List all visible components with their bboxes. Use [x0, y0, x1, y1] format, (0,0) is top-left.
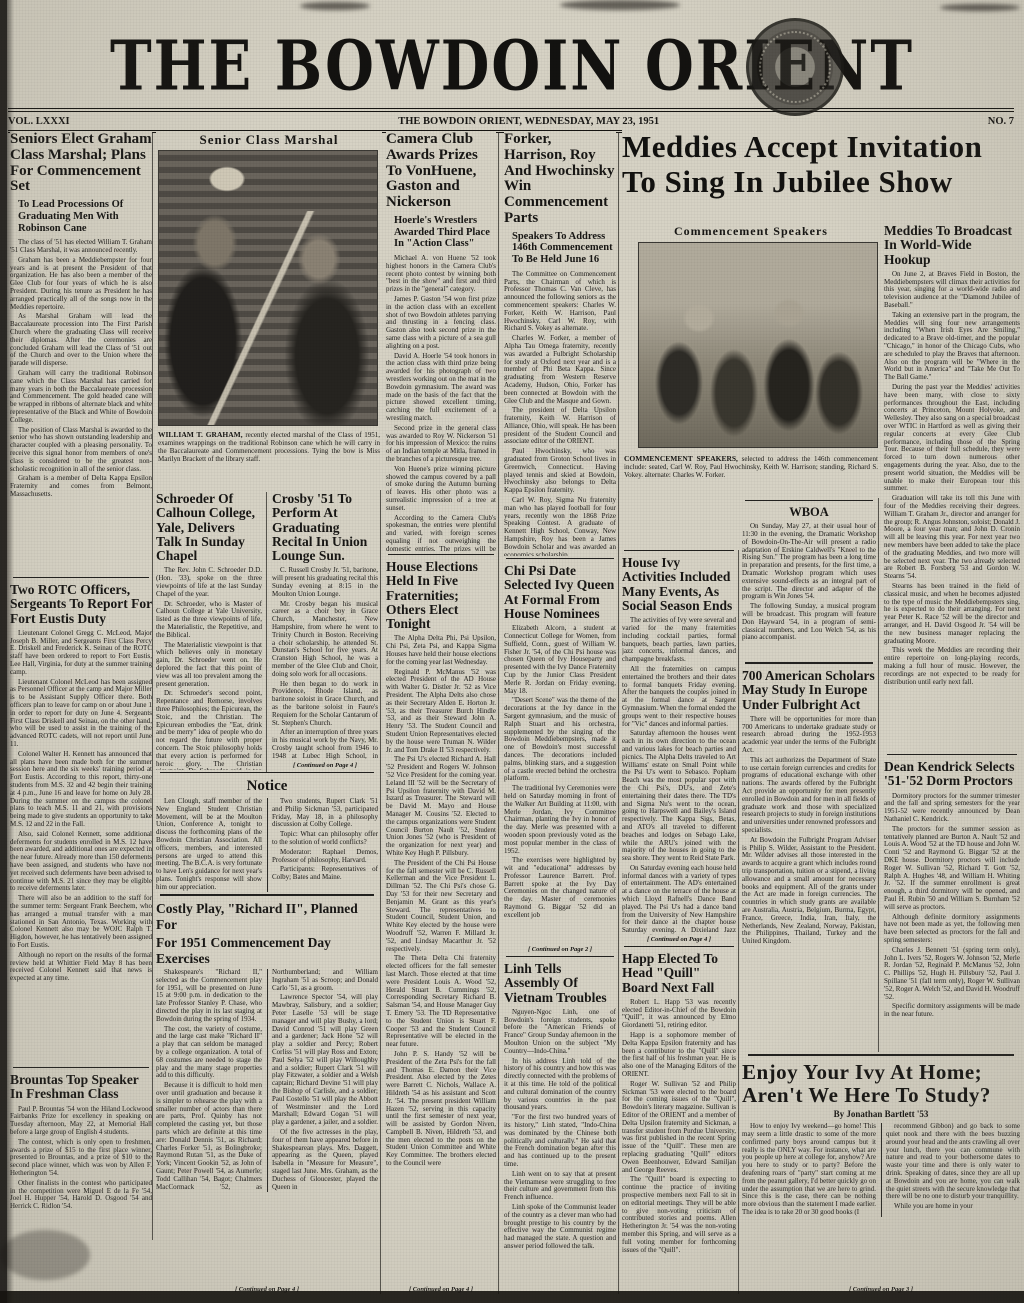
issue-dateline: THE BOWDOIN ORIENT, WEDNESDAY, MAY 23, 1… — [70, 116, 988, 127]
photo-kicker: Commencement Speakers — [622, 224, 880, 239]
paragraph: The Committee on Commencement Parts, the… — [504, 271, 616, 333]
article-seniors-elect-graham: Seniors Elect Graham Class Marshal; Plan… — [10, 132, 152, 577]
paragraph: He then began to do work in Providence, … — [272, 681, 378, 728]
continued-note: [ Continued on Page 4 ] — [272, 761, 378, 770]
section-rule — [388, 554, 494, 555]
section-rule — [13, 577, 149, 578]
section-rule — [887, 754, 1018, 755]
paragraph: Moderator: Raphael Demos, Professor of p… — [272, 849, 378, 865]
article-headline-line2: For 1951 Commencement Day Exercises — [156, 935, 378, 966]
paragraph: The Alpha Delta Phi, Psi Upsilon, Chi Ps… — [386, 635, 496, 666]
paragraph: The following Sunday, a musical program … — [742, 603, 876, 642]
article-byline: By Jonathan Bartlett '53 — [742, 1109, 1020, 1119]
paragraph: The exercises were highlighted by wit an… — [504, 857, 616, 919]
article-richard-ii-play: Costly Play, "Richard II", Planned For F… — [156, 894, 378, 1294]
column-rule — [498, 132, 499, 1294]
article-body: Shakespeare's "Richard II," selected as … — [156, 969, 378, 1192]
paragraph: "For the first two hundred years of its … — [504, 1114, 616, 1169]
article-rotc-officers: Two ROTC Officers, Sergeants To Report F… — [10, 577, 152, 1067]
article-headline: House Ivy Activities Included Many Event… — [622, 556, 736, 613]
article-body: The activities of Ivy were several and v… — [622, 617, 736, 944]
paragraph: recommend Gibbon) and go back to some qu… — [886, 1123, 1020, 1201]
article-body: Dormitory proctors for the summer trimes… — [884, 793, 1020, 1019]
article-fulbright-scholars: 700 American Scholars May Study In Europ… — [742, 662, 876, 1052]
paragraph: C. Russell Crosby Jr. '51, baritone, wil… — [272, 567, 378, 598]
banner-headline-line1: Meddies Accept Invitation — [622, 130, 1020, 165]
scan-edge-bottom — [0, 1291, 1024, 1303]
paragraph: Lawrence Spector '54, will play Mawbray,… — [272, 994, 378, 1127]
paragraph: The Psi U's elected Richard A. Hall '52 … — [386, 756, 496, 857]
paragraph: Other finalists in the contest who parti… — [10, 1180, 152, 1211]
paragraph: Dr. Schroeder's second point, Repentance… — [156, 690, 262, 770]
paragraph: Nguyen-Ngoc Linh, one of Bowdoin's forei… — [504, 1009, 616, 1056]
paragraph: Charles J. Bennett '51 (spring term only… — [884, 947, 1020, 1002]
paragraph: Participants: Representatives of Colby; … — [272, 866, 378, 882]
caption-lead: WILLIAM T. GRAHAM, — [158, 430, 243, 439]
paragraph: Carl W. Roy, Sigma Nu fraternity man who… — [504, 497, 616, 556]
paragraph: Michael A. von Huene '52 took highest ho… — [386, 255, 496, 294]
paragraph: Robert L. Happ '53 was recently elected … — [622, 999, 736, 1030]
article-body: The class of '51 has elected William T. … — [10, 239, 152, 499]
article-enjoy-your-ivy: Enjoy Your Ivy At Home; Aren't We Here T… — [742, 1054, 1020, 1294]
section-rule — [624, 550, 733, 551]
paragraph: Shakespeare's "Richard II," selected as … — [156, 969, 262, 1024]
section-rule — [745, 662, 874, 664]
paragraph: James P. Gaston '54 won first prize in t… — [386, 296, 496, 351]
article-ivy-queen: Chi Psi Date Selected Ivy Queen At Forma… — [504, 558, 616, 954]
paragraph: Topic: What can philosophy offer to the … — [272, 831, 378, 847]
paragraph: Graham has been a Meddiebempster for fou… — [10, 257, 152, 312]
article-headline: Schroeder Of Calhoun College, Yale, Deli… — [156, 492, 262, 563]
paragraph: Graduation will take its toll this June … — [884, 495, 1020, 581]
paragraph: Mr. Crosby began his musical career as a… — [272, 601, 378, 679]
paragraph: As Marshal Graham will lead the Baccalau… — [10, 313, 152, 368]
article-house-ivy-activities: House Ivy Activities Included Many Event… — [622, 550, 736, 944]
article-commencement-parts: Forker, Harrison, Roy And Hwochinsky Win… — [504, 132, 616, 556]
paragraph: Reginald P. McManus '52 was elected Pres… — [386, 669, 496, 755]
paragraph: While you are home in your — [886, 1203, 1020, 1211]
paragraph: Although definite dormitory assignments … — [884, 914, 1020, 945]
column-rule — [738, 550, 739, 1294]
paragraph: In his address Linh told of the history … — [504, 1058, 616, 1113]
paper-title: THE BOWDOIN ORIENT — [0, 26, 1024, 107]
article-headline: WBOA — [742, 506, 876, 519]
paragraph: "Desert Scene" was the theme of the deco… — [504, 697, 616, 783]
paragraph: On Saturday evening each house held info… — [622, 865, 736, 944]
paragraph: Happ is a sophomore member of Delta Kapp… — [622, 1032, 736, 1079]
paragraph: The contest, which is only open to fresh… — [10, 1139, 152, 1178]
commencement-speakers-photo — [638, 242, 878, 448]
paragraph: This week the Meddies are recording thei… — [884, 647, 1020, 686]
section-rule — [506, 956, 614, 957]
senior-marshal-photo-block: Senior Class Marshal WILLIAM T. GRAHAM, … — [156, 132, 382, 490]
paragraph: During the past year the Meddies' activi… — [884, 384, 1020, 493]
article-meddies-jubilee: Meddies Accept Invitation To Sing In Jub… — [622, 130, 1020, 222]
paragraph: On Sunday, May 27, at their usual hour o… — [742, 523, 876, 601]
paragraph: Lieutenant Colonel McLeod has been assig… — [10, 679, 152, 749]
paragraph: The class of '51 has elected William T. … — [10, 239, 152, 255]
article-schroeder-chapel: Schroeder Of Calhoun College, Yale, Deli… — [156, 492, 262, 770]
paragraph: David A. Hoerle '54 took honors in the a… — [386, 353, 496, 423]
article-headline: Chi Psi Date Selected Ivy Queen At Forma… — [504, 564, 616, 621]
article-meddies-broadcast: Meddies To Broadcast In World-Wide Hooku… — [884, 224, 1020, 752]
paragraph: The cost, the variety of costume, and th… — [156, 1026, 262, 1081]
article-headline: Linh Tells Assembly Of Vietnam Troubles — [504, 962, 616, 1005]
paragraph: There will be opportunities for more tha… — [742, 716, 876, 755]
article-body: Nguyen-Ngoc Linh, one of Bowdoin's forei… — [504, 1009, 616, 1251]
article-body: There will be opportunities for more tha… — [742, 716, 876, 946]
section-rule — [160, 894, 373, 896]
scan-edge-left-fade — [7, 0, 14, 1303]
photo-kicker: Senior Class Marshal — [156, 132, 382, 148]
masthead: THE BOWDOIN ORIENT — [0, 0, 1024, 108]
article-house-elections: House Elections Held In Five Fraternitie… — [386, 554, 496, 1294]
paragraph: According to the Camera Club's spokesman… — [386, 515, 496, 553]
article-headline-line1: Enjoy Your Ivy At Home; — [742, 1061, 1020, 1084]
section-rule — [745, 500, 874, 501]
article-body: On June 2, at Braves Field in Boston, th… — [884, 271, 1020, 686]
paragraph: Linh went on to say that at present the … — [504, 1171, 616, 1202]
section-rule — [506, 558, 614, 559]
column-rule — [618, 132, 619, 1294]
paragraph: Two students, Rupert Clark '51 and Phili… — [272, 798, 378, 829]
article-headline: Meddies To Broadcast In World-Wide Hooku… — [884, 224, 1020, 267]
paragraph: Also, said Colonel Kennett, some additio… — [10, 831, 152, 893]
article-headline: Camera Club Awards Prizes To VonHuene, G… — [386, 132, 496, 211]
paragraph: There will also be an addition to the st… — [10, 895, 152, 950]
paragraph: Graham will carry the traditional Robins… — [10, 370, 152, 425]
issue-number: NO. 7 — [988, 116, 1014, 127]
section-rule — [13, 1067, 149, 1068]
scan-smudge — [940, 4, 1020, 11]
paragraph: Second prize in the general class was aw… — [386, 425, 496, 464]
article-happ-quill: Happ Elected To Head "Quill" Board Next … — [622, 946, 736, 1294]
article-linh-vietnam: Linh Tells Assembly Of Vietnam Troubles … — [504, 956, 616, 1294]
article-body: Elizabeth Alcorn, a student at Connectic… — [504, 625, 616, 919]
article-body: Robert L. Happ '53 was recently elected … — [622, 999, 736, 1255]
article-brountas-speaker: Brountas Top Speaker In Freshman Class P… — [10, 1067, 152, 1243]
commencement-speakers-photo-block: Commencement Speakers COMMENCEMENT SPEAK… — [622, 224, 880, 498]
article-body: On Sunday, May 27, at their usual hour o… — [742, 523, 876, 642]
senior-marshal-photo — [158, 150, 378, 426]
article-headline: Forker, Harrison, Roy And Hwochinsky Win… — [504, 132, 616, 227]
paragraph: Stearns has been trained in the field of… — [884, 583, 1020, 645]
paragraph: Colonel Walter H. Kennett has announced … — [10, 751, 152, 829]
paragraph: Specific dormitory assignments will be m… — [884, 1003, 1020, 1019]
college-seal-icon — [746, 18, 844, 116]
article-body: The Committee on Commencement Parts, the… — [504, 271, 616, 556]
paragraph: The Materialistic viewpoint is that whic… — [156, 642, 262, 689]
article-headline: Seniors Elect Graham Class Marshal; Plan… — [10, 132, 152, 195]
article-body: The Rev. John C. Schroeder D.D. (Hon. '3… — [156, 567, 262, 770]
article-headline-line2: Aren't We Here To Study? — [742, 1084, 1020, 1107]
paragraph: Graham is a member of Delta Kappa Epsilo… — [10, 475, 152, 498]
paragraph: John P. S. Handy '52 will be President o… — [386, 1051, 496, 1168]
article-body: The Alpha Delta Phi, Psi Upsilon, Chi Ps… — [386, 635, 496, 1167]
paragraph: This act authorizes the Department of St… — [742, 757, 876, 835]
notice-headline: Notice — [156, 778, 378, 795]
article-deck: Hoerle's Wrestlers Awarded Third Place I… — [394, 215, 496, 250]
article-crosby-recital: Crosby '51 To Perform At Graduating Reci… — [272, 492, 378, 770]
section-rule — [748, 1054, 1015, 1056]
paragraph: The Theta Delta Chi fraternity elected o… — [386, 955, 496, 1049]
paragraph: Although no report on the results of the… — [10, 952, 152, 983]
paragraph: The position of Class Marshal is awarded… — [10, 427, 152, 474]
paragraph: At Bowdoin the Fulbright Program Adviser… — [742, 837, 876, 946]
paragraph: Roger W. Sullivan '52 and Philip Sickman… — [622, 1081, 736, 1175]
paragraph: The activities of Ivy were several and v… — [622, 617, 736, 664]
caption-lead: COMMENCEMENT SPEAKERS, — [624, 454, 738, 463]
article-body: C. Russell Crosby Jr. '51, baritone, wil… — [272, 567, 378, 770]
paragraph: The Rev. John C. Schroeder D.D. (Hon. '3… — [156, 567, 262, 598]
article-body: Lieutenant Colonel Gregg C. McLeod, Majo… — [10, 630, 152, 983]
paragraph: The "Quill" board is expecting to contin… — [622, 1176, 736, 1254]
article-dorm-proctors: Dean Kendrick Selects '51-'52 Dorm Proct… — [884, 754, 1020, 1052]
scan-smudge — [560, 0, 680, 10]
article-headline-line1: Costly Play, "Richard II", Planned For — [156, 901, 378, 932]
paragraph: The traditional Ivy Ceremonies were held… — [504, 785, 616, 855]
article-headline: Happ Elected To Head "Quill" Board Next … — [622, 952, 736, 995]
article-body: Michael A. von Huene '52 took highest ho… — [386, 255, 496, 552]
newspaper-page: THE BOWDOIN ORIENT VOL. LXXXI THE BOWDOI… — [0, 0, 1024, 1303]
banner-headline-line2: To Sing In Jubilee Show — [622, 165, 1020, 200]
paragraph: Paul Hwochinsky, who was graduated from … — [504, 448, 616, 495]
paragraph: All the fraternities on campus entertain… — [622, 666, 736, 728]
paragraph: The president of Delta Upsilon fraternit… — [504, 407, 616, 446]
section-rule — [624, 946, 733, 947]
paragraph: How to enjoy Ivy weekend—go home! This m… — [742, 1123, 876, 1217]
paragraph: The proctors for the summer session as t… — [884, 826, 1020, 912]
paragraph: Len Clough, staff member of the New Engl… — [156, 798, 262, 892]
article-headline: 700 American Scholars May Study In Europ… — [742, 669, 876, 712]
paragraph: Dormitory proctors for the summer trimes… — [884, 793, 1020, 824]
column-rule — [266, 492, 267, 772]
notice-block: Notice Len Clough, staff member of the N… — [156, 772, 378, 892]
article-headline: House Elections Held In Five Fraternitie… — [386, 560, 496, 631]
paragraph: Von Huene's prize winning picture showed… — [386, 466, 496, 513]
paragraph: Lieutenant Colonel Gregg C. McLeod, Majo… — [10, 630, 152, 677]
paragraph: Elizabeth Alcorn, a student at Connectic… — [504, 625, 616, 695]
article-deck: Speakers To Address 146th Commencement T… — [512, 231, 616, 266]
article-headline: Crosby '51 To Perform At Graduating Reci… — [272, 492, 378, 563]
paragraph: Of the five actresses in the play, four … — [272, 1129, 378, 1191]
photo-caption: COMMENCEMENT SPEAKERS, selected to addre… — [624, 455, 878, 480]
scan-edge-left — [0, 0, 7, 1303]
article-camera-club: Camera Club Awards Prizes To VonHuene, G… — [386, 132, 496, 552]
notice-body: Len Clough, staff member of the New Engl… — [156, 798, 378, 892]
article-body: Paul P. Brountas '54 won the Hiland Lock… — [10, 1106, 152, 1211]
article-headline: Dean Kendrick Selects '51-'52 Dorm Proct… — [884, 760, 1020, 789]
paragraph: The President of the Chi Psi House for t… — [386, 860, 496, 954]
paragraph: Paul P. Brountas '54 won the Hiland Lock… — [10, 1106, 152, 1137]
article-headline: Brountas Top Speaker In Freshman Class — [10, 1073, 152, 1102]
paragraph: Taking an extensive part in the program,… — [884, 312, 1020, 382]
volume-label: VOL. LXXXI — [8, 116, 70, 127]
article-wboa: WBOA On Sunday, May 27, at their usual h… — [742, 500, 876, 660]
column-rule — [152, 132, 153, 1240]
section-rule — [160, 772, 373, 773]
paragraph: Linh spoke of the Communist leader of th… — [504, 1204, 616, 1251]
article-headline: Two ROTC Officers, Sergeants To Report F… — [10, 583, 152, 626]
paragraph: On June 2, at Braves Field in Boston, th… — [884, 271, 1020, 310]
scan-smudge — [300, 2, 370, 10]
photo-caption: WILLIAM T. GRAHAM, recently elected mars… — [158, 431, 380, 464]
article-body: How to enjoy Ivy weekend—go home! This m… — [742, 1123, 1020, 1217]
continued-note: [ Continued on Page 2 ] — [504, 945, 616, 954]
scan-smudge — [0, 1230, 90, 1280]
paragraph: Charles W. Forker, a member of Alpha Tau… — [504, 335, 616, 405]
paragraph: Dr. Schroeder, who is Master of Calhoun … — [156, 601, 262, 640]
paragraph: Saturday afternoon the houses went each … — [622, 730, 736, 863]
continued-note: [ Continued on Page 4 ] — [622, 935, 736, 944]
article-deck: To Lead Processions Of Graduating Men Wi… — [18, 199, 152, 234]
